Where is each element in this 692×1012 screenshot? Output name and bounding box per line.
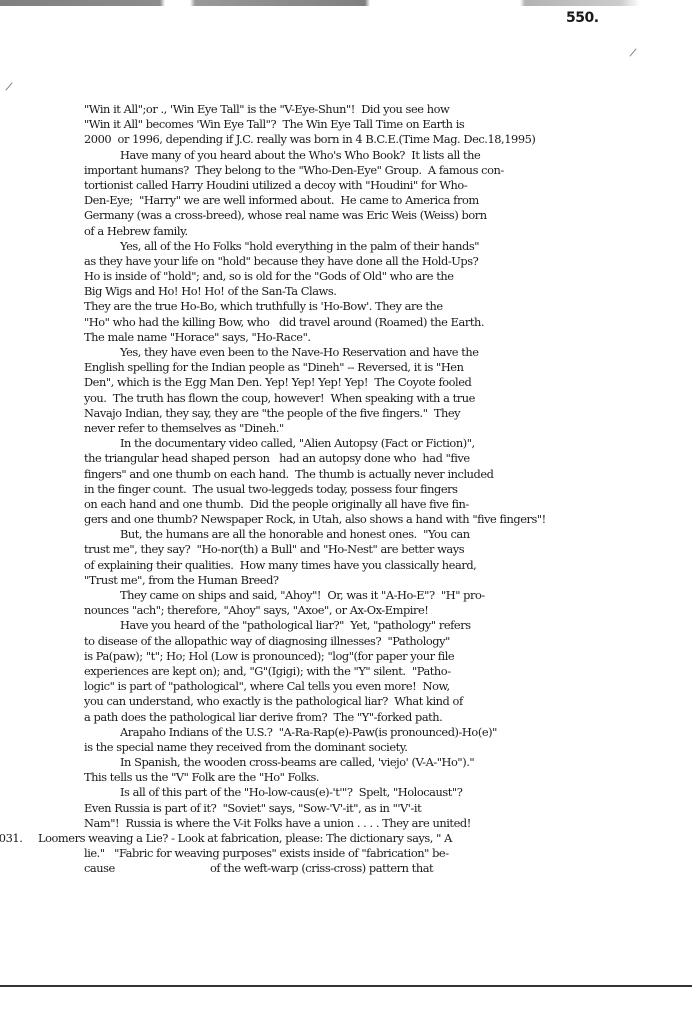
text-line: nounces "ach"; therefore, "Ahoy" says, "… [84,603,692,618]
text-line: experiences are kept on); and, "G"(Igigi… [84,664,692,679]
pen-mark [629,48,636,56]
bottom-rule [0,985,692,987]
text-line: "Ho" who had the killing Bow, who did tr… [84,315,692,330]
text-line: as they have your life on "hold" because… [84,254,692,269]
text-line: Yes, they have even been to the Nave-Ho … [84,345,692,360]
text-line: Den-Eye; "Harry" we are well informed ab… [84,193,692,208]
text-line: of a Hebrew family. [84,224,692,239]
text-line: Even Russia is part of it? "Soviet" says… [84,801,692,816]
text-line: Navajo Indian, they say, they are "the p… [84,406,692,421]
text-line: you can understand, who exactly is the p… [84,694,692,709]
text-line: They came on ships and said, "Ahoy"! Or,… [84,588,692,603]
text-line: They are the true Ho-Bo, which truthfull… [84,299,692,314]
text-line: In the documentary video called, "Alien … [84,436,692,451]
text-line: "Win it All";or ., 'Win Eye Tall" is the… [84,102,692,117]
text-line: Ho is inside of "hold"; and, so is old f… [84,269,692,284]
text-line: you. The truth has flown the coup, howev… [84,391,692,406]
page-number: 550. [566,10,599,26]
text-line: This tells us the "V" Folk are the "Ho" … [84,770,692,785]
text-line: Nam"! Russia is where the V-it Folks hav… [84,816,692,831]
text-line: Is all of this part of the "Ho-low-caus(… [84,785,692,800]
numbered-item-line: lie." "Fabric for weaving purposes" exis… [84,846,692,861]
numbered-item-line: 1031.Loomers weaving a Lie? - Look at fa… [38,831,692,846]
item-number: 1031. [0,831,38,846]
text-line: fingers" and one thumb on each hand. The… [84,467,692,482]
numbered-item-line: cause of the weft-warp (criss-cross) pat… [84,861,692,876]
text-line: important humans? They belong to the "Wh… [84,163,692,178]
text-line: But, the humans are all the honorable an… [84,527,692,542]
text-line: Have many of you heard about the Who's W… [84,148,692,163]
text-line: Germany (was a cross-breed), whose real … [84,208,692,223]
text-line: is the special name they received from t… [84,740,692,755]
text-line: "Trust me", from the Human Breed? [84,573,692,588]
text-line: of explaining their qualities. How many … [84,558,692,573]
text-line: never refer to themselves as "Dineh." [84,421,692,436]
text-line: English spelling for the Indian people a… [84,360,692,375]
text-line: 2000 or 1996, depending if J.C. really w… [84,132,692,147]
text-line: the triangular head shaped person had an… [84,451,692,466]
scan-top-edge [0,0,692,6]
text-line: logic" is part of "pathological", where … [84,679,692,694]
text-line: Have you heard of the "pathological liar… [84,618,692,633]
text-line: Den", which is the Egg Man Den. Yep! Yep… [84,375,692,390]
text-line: "Win it All" becomes 'Win Eye Tall"? The… [84,117,692,132]
text-line: on each hand and one thumb. Did the peop… [84,497,692,512]
text-line: trust me", they say? "Ho-nor(th) a Bull"… [84,542,692,557]
text-line: In Spanish, the wooden cross-beams are c… [84,755,692,770]
text-line: in the finger count. The usual two-legge… [84,482,692,497]
document-body: "Win it All";or ., 'Win Eye Tall" is the… [84,102,692,877]
text-line: to disease of the allopathic way of diag… [84,634,692,649]
text-line: a path does the pathological liar derive… [84,710,692,725]
text-line: The male name "Horace" says, "Ho-Race". [84,330,692,345]
text-line: Big Wigs and Ho! Ho! Ho! of the San-Ta C… [84,284,692,299]
text-line: tortionist called Harry Houdini utilized… [84,178,692,193]
text-line: is Pa(paw); "t"; Ho; Hol (Low is pronoun… [84,649,692,664]
text-line: Yes, all of the Ho Folks "hold everythin… [84,239,692,254]
text-line: gers and one thumb? Newspaper Rock, in U… [84,512,692,527]
pen-mark [5,82,12,90]
text-line: Arapaho Indians of the U.S.? "A-Ra-Rap(e… [84,725,692,740]
